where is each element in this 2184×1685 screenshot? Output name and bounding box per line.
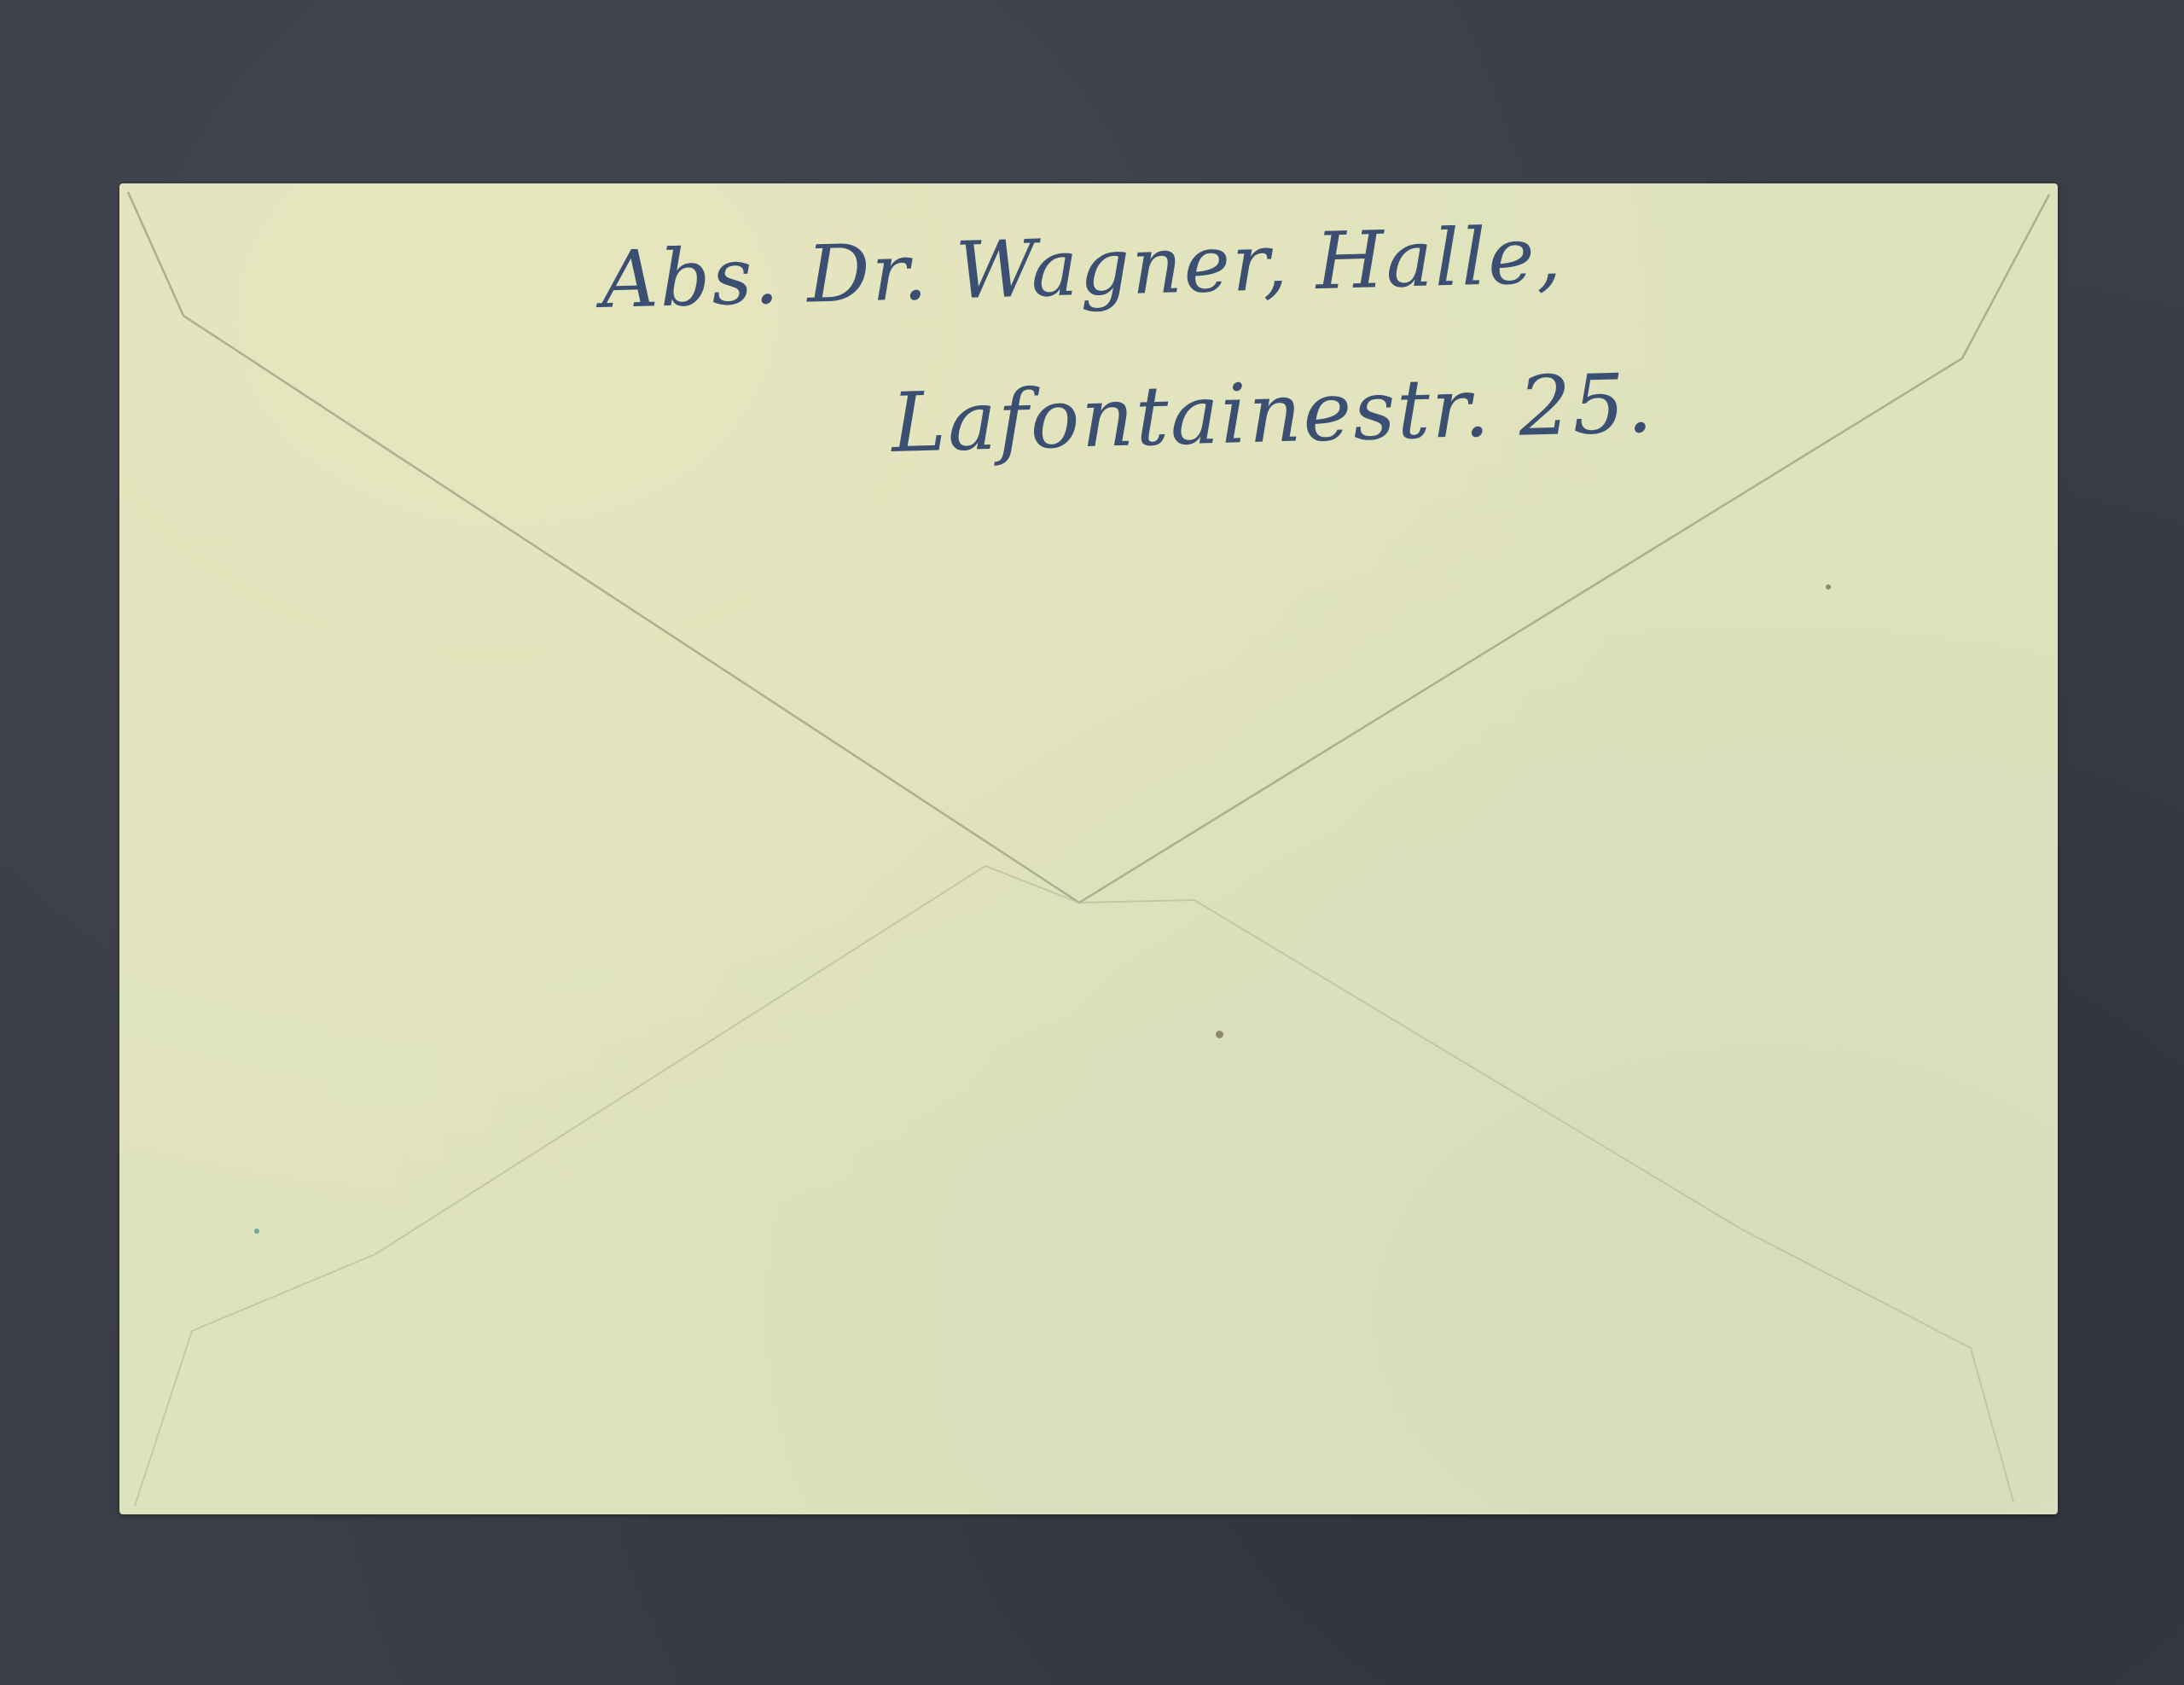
paper-speck: [1826, 584, 1831, 590]
paper-speck: [1216, 1031, 1223, 1038]
sender-line-street: Lafontainestr. 25.: [891, 356, 1656, 471]
envelope: Abs. Dr. Wagner, Halle, Lafontainestr. 2…: [119, 183, 2058, 1514]
paper-speck: [254, 1229, 259, 1234]
